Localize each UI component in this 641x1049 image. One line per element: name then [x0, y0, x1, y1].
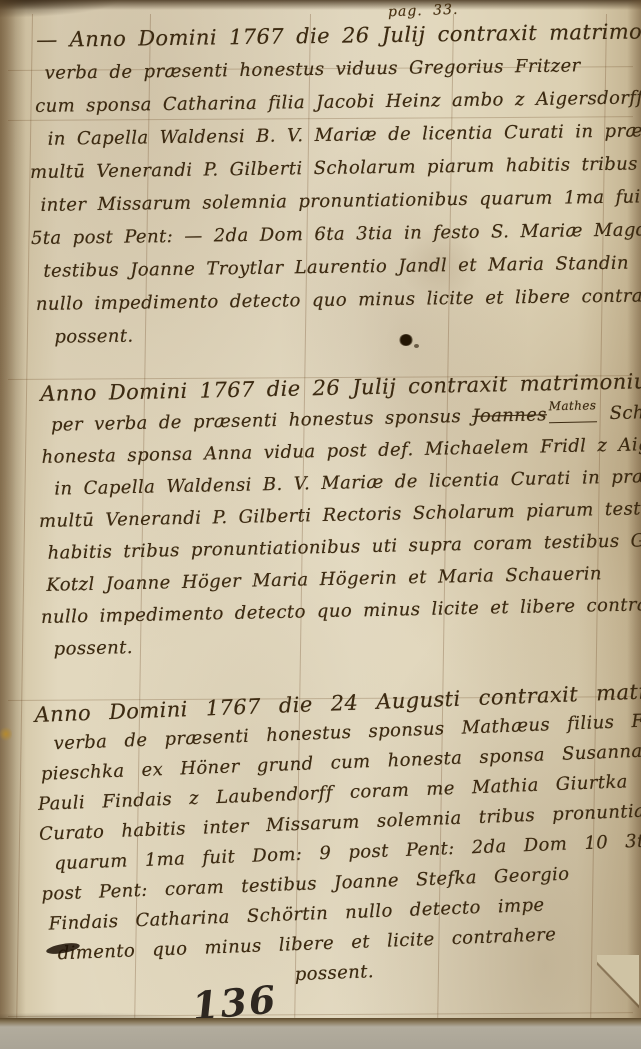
line-text-before: per verba de præsenti honestus sponsus [51, 406, 473, 436]
ink-blot [399, 334, 413, 346]
wax-spot [0, 726, 12, 742]
line-text-after: Schauer cum [598, 400, 641, 424]
manuscript-page: pag. 33. — Anno Domini 1767 die 26 Julij… [0, 0, 641, 1049]
ink-blot-small [414, 344, 419, 348]
paper-edge-bottom [0, 1018, 641, 1049]
marriage-entry-1: — Anno Domini 1767 die 26 Julij contraxi… [28, 16, 633, 354]
interlinear-correction: Mathes [548, 389, 596, 423]
marriage-entry-2: Anno Domini 1767 die 26 Julij contraxit … [36, 365, 641, 666]
marriage-entry-3: Anno Domini 1767 die 24 Augusti contraxi… [34, 677, 641, 1000]
corner-fold [597, 955, 639, 1015]
paper-edge-left [0, 0, 26, 1049]
struck-word: Joannes [472, 404, 547, 427]
